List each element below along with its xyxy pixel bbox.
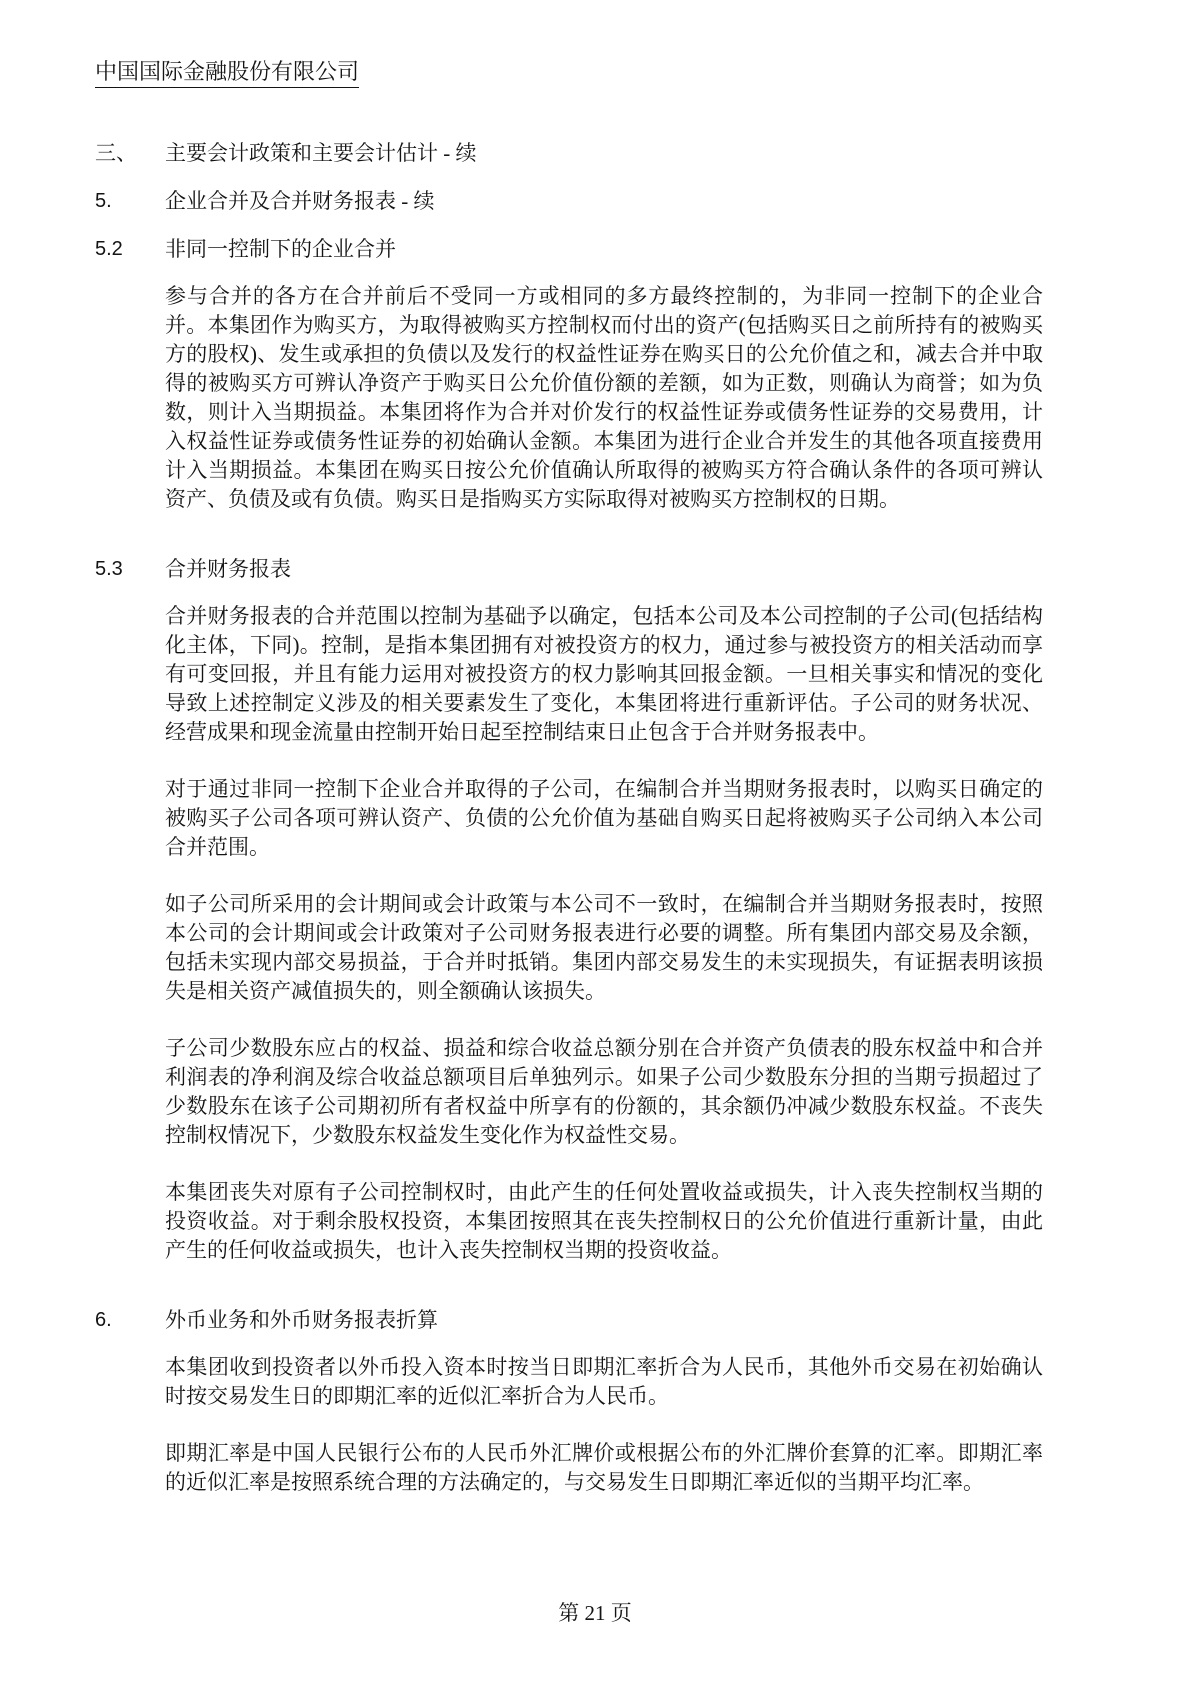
section-title: 企业合并及合并财务报表 - 续 (165, 186, 1043, 216)
section-paragraphs: 参与合并的各方在合并前后不受同一方或相同的多方最终控制的，为非同一控制下的企业合… (95, 282, 1043, 514)
section-number: 三、 (95, 138, 165, 168)
section-number: 6. (95, 1305, 165, 1335)
paragraph: 对于通过非同一控制下企业合并取得的子公司，在编制合并当期财务报表时，以购买日确定… (165, 775, 1043, 862)
section-title: 外币业务和外币财务报表折算 (165, 1305, 1043, 1335)
document-body: 三、主要会计政策和主要会计估计 - 续5.企业合并及合并财务报表 - 续5.2非… (95, 138, 1043, 1497)
section-heading: 三、主要会计政策和主要会计估计 - 续 (95, 138, 1043, 168)
document-header: 中国国际金融股份有限公司 (95, 58, 1043, 88)
section-title: 非同一控制下的企业合并 (165, 234, 1043, 264)
paragraph: 参与合并的各方在合并前后不受同一方或相同的多方最终控制的，为非同一控制下的企业合… (165, 282, 1043, 514)
company-name: 中国国际金融股份有限公司 (95, 58, 359, 88)
document-page: 中国国际金融股份有限公司 三、主要会计政策和主要会计估计 - 续5.企业合并及合… (0, 0, 1190, 1684)
paragraph: 本集团丧失对原有子公司控制权时，由此产生的任何处置收益或损失，计入丧失控制权当期… (165, 1178, 1043, 1265)
section-number: 5. (95, 186, 165, 216)
section-heading: 6.外币业务和外币财务报表折算 (95, 1305, 1043, 1335)
document-content: 中国国际金融股份有限公司 三、主要会计政策和主要会计估计 - 续5.企业合并及合… (0, 0, 1190, 1497)
section-52: 5.2非同一控制下的企业合并参与合并的各方在合并前后不受同一方或相同的多方最终控… (95, 234, 1043, 514)
section-6: 6.外币业务和外币财务报表折算本集团收到投资者以外币投入资本时按当日即期汇率折合… (95, 1305, 1043, 1497)
page-number: 第 21 页 (0, 1600, 1190, 1626)
section-number: 5.3 (95, 554, 165, 584)
section-53: 5.3合并财务报表合并财务报表的合并范围以控制为基础予以确定，包括本公司及本公司… (95, 554, 1043, 1265)
section-title: 主要会计政策和主要会计估计 - 续 (165, 138, 1043, 168)
paragraph: 合并财务报表的合并范围以控制为基础予以确定，包括本公司及本公司控制的子公司(包括… (165, 602, 1043, 747)
section-paragraphs: 本集团收到投资者以外币投入资本时按当日即期汇率折合为人民币，其他外币交易在初始确… (95, 1353, 1043, 1497)
paragraph: 子公司少数股东应占的权益、损益和综合收益总额分别在合并资产负债表的股东权益中和合… (165, 1034, 1043, 1150)
section-title: 合并财务报表 (165, 554, 1043, 584)
section-paragraphs: 合并财务报表的合并范围以控制为基础予以确定，包括本公司及本公司控制的子公司(包括… (95, 602, 1043, 1265)
paragraph: 如子公司所采用的会计期间或会计政策与本公司不一致时，在编制合并当期财务报表时，按… (165, 890, 1043, 1006)
section-heading: 5.3合并财务报表 (95, 554, 1043, 584)
section-5: 5.企业合并及合并财务报表 - 续 (95, 186, 1043, 216)
section-: 三、主要会计政策和主要会计估计 - 续 (95, 138, 1043, 168)
section-heading: 5.企业合并及合并财务报表 - 续 (95, 186, 1043, 216)
paragraph: 即期汇率是中国人民银行公布的人民币外汇牌价或根据公布的外汇牌价套算的汇率。即期汇… (165, 1439, 1043, 1497)
paragraph: 本集团收到投资者以外币投入资本时按当日即期汇率折合为人民币，其他外币交易在初始确… (165, 1353, 1043, 1411)
section-number: 5.2 (95, 234, 165, 264)
section-heading: 5.2非同一控制下的企业合并 (95, 234, 1043, 264)
